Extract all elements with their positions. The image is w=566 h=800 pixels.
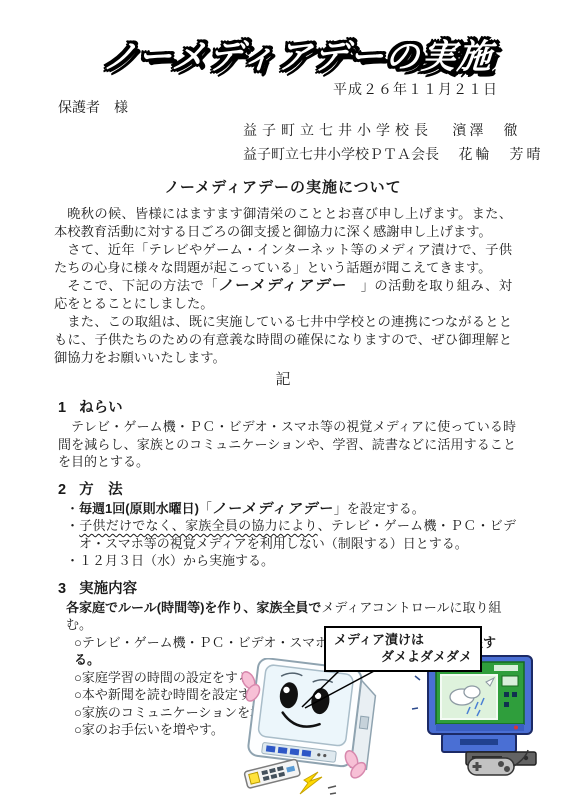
list-item-text: １２月３日（水）から実施する。 <box>79 553 274 568</box>
circle-marker: ○ <box>74 687 82 702</box>
no-media-day-logo-text: ノーメディアデー <box>212 500 334 516</box>
section-number: 2 <box>58 482 66 498</box>
paragraph: 晩秋の候、皆様にはますます御清栄のこととお喜び申し上げます。また、本校教育活動に… <box>54 205 512 241</box>
list-item: ・毎週1回(原則水曜日)「ノーメディアデー」を設定する。 <box>66 500 516 518</box>
bullet-marker: ・ <box>66 553 79 568</box>
signature-pta-chair: 益子町立七井小学校ＰＴＡ会長 花輪 芳晴 <box>243 144 566 168</box>
page-title: ノーメディアデーの実施 <box>0 34 566 80</box>
method-list: ・毎週1回(原則水曜日)「ノーメディアデー」を設定する。 ・子供だけでなく、家族… <box>66 500 516 570</box>
section-aim: 1ねらい テレビ・ゲーム機・ＰＣ・ビデオ・スマホ等の視覚メディアに使っている時間… <box>58 399 516 471</box>
speech-bubble-text: ダメよダメダメ <box>334 648 474 665</box>
no-media-day-logo-text: ノーメディアデー <box>218 278 347 294</box>
signatures: 益子町立七井小学校長 濱澤 徹 益子町立七井小学校ＰＴＡ会長 花輪 芳晴 <box>243 120 566 168</box>
section-title: ねらい <box>79 400 123 416</box>
paragraph-text: そこで、下記の方法で「 <box>67 278 218 293</box>
section-heading: 3実施内容 <box>58 580 516 598</box>
list-item-text: 毎週1回(原則水曜日) <box>79 501 199 516</box>
section-heading: 1ねらい <box>58 399 516 417</box>
list-item: ・１２月３日（水）から実施する。 <box>66 552 516 570</box>
speech-bubble: メディア漬けは ダメよダメダメ <box>324 626 482 672</box>
signature-name: 花輪 芳晴 <box>459 148 544 163</box>
signature-principal: 益子町立七井小学校長 濱澤 徹 <box>243 120 566 144</box>
section-title: 方 法 <box>79 482 123 498</box>
section-number: 3 <box>58 581 66 597</box>
circle-marker: ○ <box>74 705 82 720</box>
bullet-marker: ・ <box>66 518 79 533</box>
list-item: ・子供だけでなく、家族全員の協力により、テレビ・ゲーム機・ＰＣ・ビデオ・スマホ等… <box>66 517 516 552</box>
speech-bubble-text: メディア漬けは <box>334 631 474 648</box>
document-subject: ノーメディアデーの実施について <box>0 178 566 198</box>
lead-bold-text: 各家庭でルール(時間等)を作り、家族全員で <box>66 600 321 615</box>
paragraph: そこで、下記の方法で「ノーメディアデー 」の活動を取り組み、対応をとることにしま… <box>54 277 512 313</box>
paragraph: さて、近年「テレビやゲーム・インターネット等のメディア漬けで、子供たちの心身に様… <box>54 241 512 277</box>
recipient: 保護者 様 <box>58 100 566 117</box>
signature-name: 濱澤 徹 <box>453 124 521 139</box>
circle-marker: ○ <box>74 722 82 737</box>
record-mark: 記 <box>0 372 566 388</box>
section-body: テレビ・ゲーム機・ＰＣ・ビデオ・スマホ等の視覚メディアに使っている時間を減らし、… <box>58 418 516 471</box>
circle-marker: ○ <box>74 670 82 685</box>
circle-marker: ○ <box>74 635 82 650</box>
section-number: 1 <box>58 400 66 416</box>
section-heading: 2方 法 <box>58 481 516 499</box>
lightning-bolt <box>300 772 322 794</box>
speech-bubble-tail <box>296 669 386 711</box>
list-item-text: 「 <box>199 501 212 516</box>
section-title: 実施内容 <box>79 581 137 597</box>
signature-role: 益子町立七井小学校長 <box>243 124 433 139</box>
bullet-marker: ・ <box>66 501 79 516</box>
section-method: 2方 法 ・毎週1回(原則水曜日)「ノーメディアデー」を設定する。 ・子供だけで… <box>58 481 516 570</box>
list-item-text: 子供だけでなく、家族全員の協力により <box>79 518 317 533</box>
paragraph: また、この取組は、既に実施している七井中学校との連携につながるとともに、子供たち… <box>54 313 512 367</box>
list-item-text: 家のお手伝いを増やす。 <box>82 722 224 737</box>
body-paragraphs: 晩秋の候、皆様にはますます御清栄のこととお喜び申し上げます。また、本校教育活動に… <box>54 205 512 367</box>
remote-control <box>244 759 301 789</box>
list-item-text: 」を設定する。 <box>334 501 425 516</box>
signature-role: 益子町立七井小学校ＰＴＡ会長 <box>243 148 439 163</box>
document-date: 平成２６年１１月２１日 <box>0 82 566 99</box>
